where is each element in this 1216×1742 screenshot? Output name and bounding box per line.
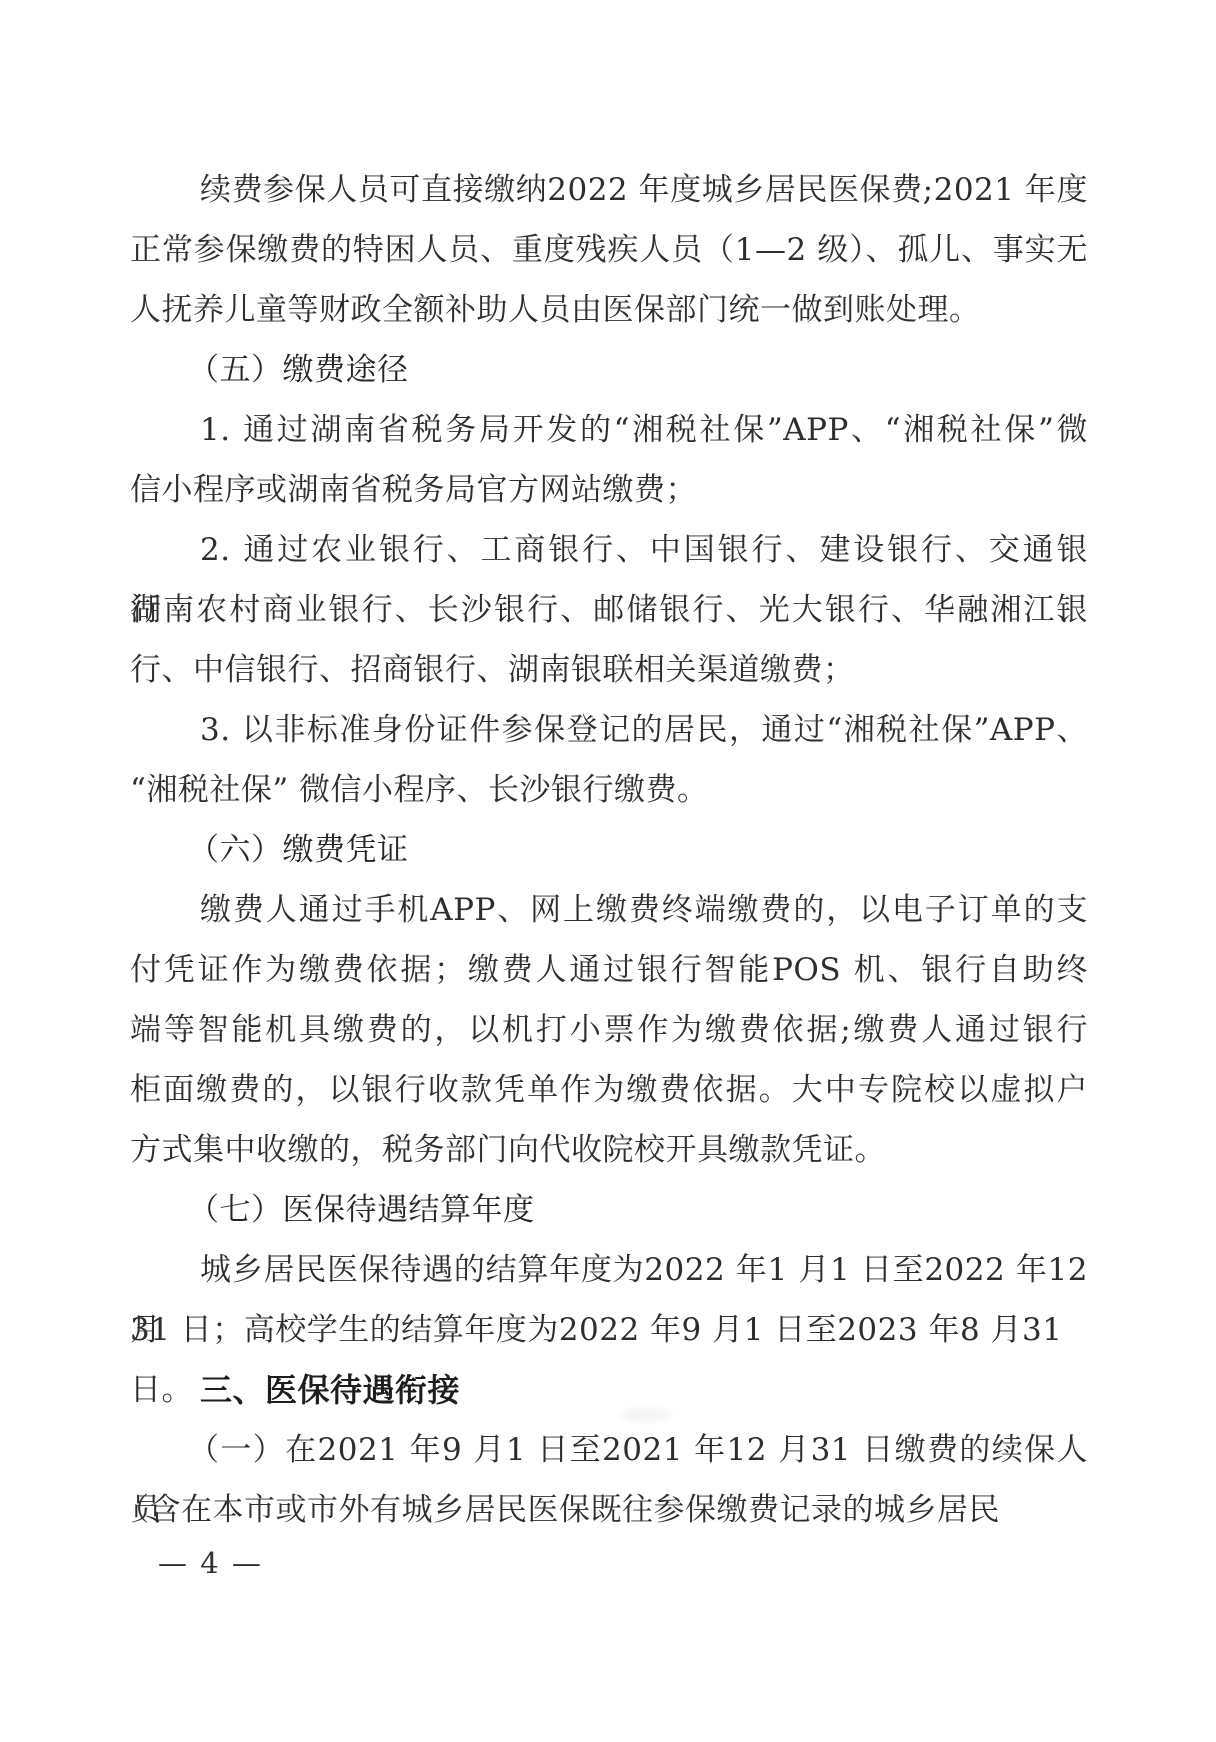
paragraph-voucher-line-2: 付凭证作为缴费依据；缴费人通过银行智能POS 机、银行自助终 <box>130 940 1088 1000</box>
paragraph-settlement-line-1: 城乡居民医保待遇的结算年度为2022 年1 月1 日至2022 年12 月 <box>130 1240 1088 1300</box>
item-2-line-2: 湖南农村商业银行、长沙银行、邮储银行、光大银行、华融湘江银 <box>130 580 1088 640</box>
scan-artifact <box>620 1408 672 1422</box>
document-body: 续费参保人员可直接缴纳2022 年度城乡居民医保费;2021 年度 正常参保缴费… <box>130 160 1088 1540</box>
paragraph-renewal-line-1: 续费参保人员可直接缴纳2022 年度城乡居民医保费;2021 年度 <box>130 160 1088 220</box>
paragraph-renewal-line-2: 正常参保缴费的特困人员、重度残疾人员（1—2 级）、孤儿、事实无 <box>130 220 1088 280</box>
item-3-line-1: 3. 以非标准身份证件参保登记的居民，通过“湘税社保”APP、 <box>130 700 1088 760</box>
item-1-line-2: 信小程序或湖南省税务局官方网站缴费； <box>130 460 1088 520</box>
heading-section-7-settlement-year: （七）医保待遇结算年度 <box>130 1180 1088 1240</box>
item-1-line-1: 1. 通过湖南省税务局开发的“湘税社保”APP、“湘税社保”微 <box>130 400 1088 460</box>
heading-section-5-payment-channels: （五）缴费途径 <box>130 340 1088 400</box>
paragraph-settlement-line-2: 31 日；高校学生的结算年度为2022 年9 月1 日至2023 年8 月31 … <box>130 1300 1088 1360</box>
page-number: — 4 — <box>158 1538 263 1588</box>
paragraph-voucher-line-4: 柜面缴费的，以银行收款凭单作为缴费依据。大中专院校以虚拟户 <box>130 1060 1088 1120</box>
heading-section-6-payment-voucher: （六）缴费凭证 <box>130 820 1088 880</box>
scan-artifact <box>545 782 585 794</box>
paragraph-linkage-line-1: （一）在2021 年9 月1 日至2021 年12 月31 日缴费的续保人员 <box>130 1420 1088 1480</box>
paragraph-voucher-line-1: 缴费人通过手机APP、网上缴费终端缴费的，以电子订单的支 <box>130 880 1088 940</box>
item-2-line-3: 行、中信银行、招商银行、湖南银联相关渠道缴费； <box>130 640 1088 700</box>
heading-part-3-benefit-linkage: 三、医保待遇衔接 <box>130 1360 1088 1420</box>
paragraph-voucher-line-3: 端等智能机具缴费的，以机打小票作为缴费依据;缴费人通过银行 <box>130 1000 1088 1060</box>
paragraph-renewal-line-3: 人抚养儿童等财政全额补助人员由医保部门统一做到账处理。 <box>130 280 1088 340</box>
paragraph-linkage-line-2: （含在本市或市外有城乡居民医保既往参保缴费记录的城乡居民 <box>118 1480 1088 1540</box>
item-3-line-2: “湘税社保” 微信小程序、长沙银行缴费。 <box>130 760 1088 820</box>
scanned-document-page: 续费参保人员可直接缴纳2022 年度城乡居民医保费;2021 年度 正常参保缴费… <box>0 0 1216 1742</box>
paragraph-voucher-line-5: 方式集中收缴的，税务部门向代收院校开具缴款凭证。 <box>130 1120 1088 1180</box>
item-2-line-1: 2. 通过农业银行、工商银行、中国银行、建设银行、交通银行、 <box>130 520 1088 580</box>
